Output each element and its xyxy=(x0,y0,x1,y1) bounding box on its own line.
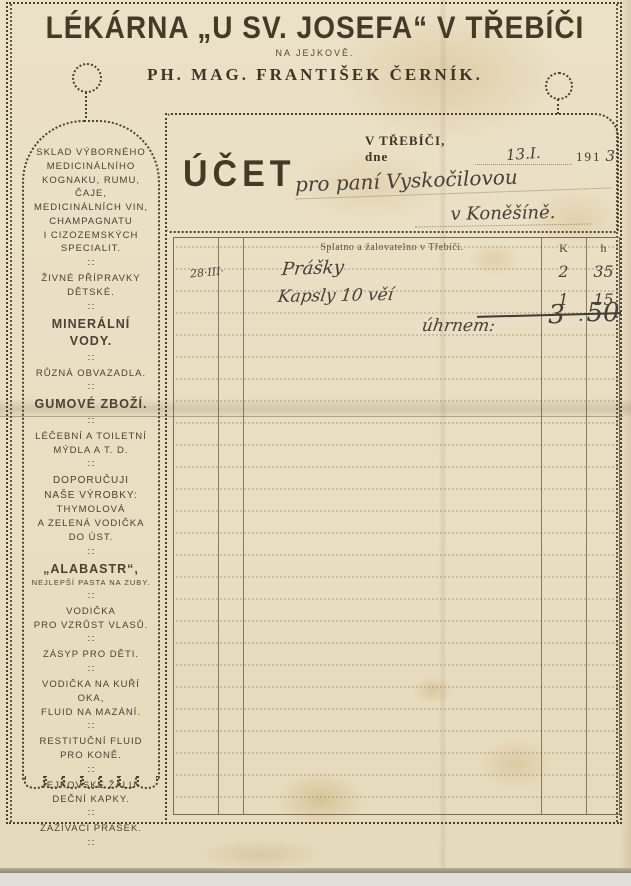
pharmacy-location: NA JEJKOVĚ. xyxy=(30,48,600,58)
pharmacy-name: LÉKÁRNA „U SV. JOSEFA“ V TŘEBÍČI xyxy=(30,10,600,46)
recipient-place-handwritten: v Koněšíně. xyxy=(415,201,591,227)
recipient-name-handwritten: pro paní Vyskočilovou xyxy=(295,161,612,199)
handwritten-date: 13.I. xyxy=(506,144,542,164)
separator-dots-icon: ∷ xyxy=(30,722,152,732)
entry-description-handwritten: Prášky xyxy=(281,257,345,280)
separator-dots-icon: ∷ xyxy=(30,354,152,364)
separator-dots-icon: ∷ xyxy=(30,259,152,269)
letterhead: LÉKÁRNA „U SV. JOSEFA“ V TŘEBÍČI NA JEJK… xyxy=(30,12,600,85)
entry-amount-korun: 2 xyxy=(541,262,586,281)
product-item: ŽIVNÉ PŘÍPRAVKY DĚTSKÉ. xyxy=(30,272,152,300)
product-item: LÉČEBNÍ A TOILETNÍ MÝDLA A T. D. xyxy=(30,430,152,458)
ornament-stem xyxy=(557,99,559,114)
product-item: VODIČKA PRO VZRŮST VLASŮ. xyxy=(30,605,152,633)
scanner-background xyxy=(0,873,631,886)
separator-dots-icon: ∷ xyxy=(30,383,152,393)
product-list-heading: DOPORUČUJI NAŠE VÝROBKY: xyxy=(30,473,152,503)
product-item: „ALABASTR“, xyxy=(30,561,152,579)
product-item: THYMOLOVÁ A ZELENÁ VODIČKA DO ÚST. xyxy=(30,503,152,544)
separator-dots-icon: ∷ xyxy=(30,839,152,849)
separator-dots-icon: ∷ xyxy=(30,460,152,470)
entry-date-handwritten: 28·III· xyxy=(189,265,224,281)
product-item: SKLAD VÝBORNÉHO MEDICINÁLNÍHO KOGNAKU, R… xyxy=(30,146,152,256)
invoice-header-panel: V TŘEBÍČI, dne 13.I. 191 3 ÚČET pro paní… xyxy=(167,113,619,233)
date-field: 13.I. xyxy=(475,145,572,165)
product-item: VODIČKA NA KUŘÍ OKA, FLUID NA MAZÁNÍ. xyxy=(30,678,152,719)
separator-dots-icon: ∷ xyxy=(30,592,152,602)
product-item: ZAŽÍVACÍ PRÁŠEK. xyxy=(30,822,152,836)
table-rule xyxy=(243,238,244,814)
total-korun-handwritten: 3 xyxy=(534,300,579,330)
separator-dots-icon: ∷ xyxy=(30,548,152,558)
entry-description-handwritten: Kapsly 10 věí xyxy=(277,285,395,307)
column-header-korun: K xyxy=(541,241,586,256)
product-item: GUMOVÉ ZBOŽÍ. xyxy=(30,396,152,414)
entry-amount-heller: 35 xyxy=(586,262,621,281)
column-header-heller: h xyxy=(586,241,621,256)
product-item: RESTITUČNÍ FLUID PRO KONĚ. xyxy=(30,735,152,763)
product-item: MINERÁLNÍ VODY. xyxy=(30,316,152,351)
separator-dots-icon: ∷ xyxy=(30,809,152,819)
scanned-invoice-document: LÉKÁRNA „U SV. JOSEFA“ V TŘEBÍČI NA JEJK… xyxy=(0,0,631,886)
product-item: NEJLEPŠÍ PASTA NA ZUBY. xyxy=(30,578,152,589)
table-rule xyxy=(218,238,219,814)
product-list-panel: SKLAD VÝBORNÉHO MEDICINÁLNÍHO KOGNAKU, R… xyxy=(22,120,160,780)
invoice-table: Splatno a žalovatelno v Třebíči. K h 28·… xyxy=(173,237,620,815)
total-heller-handwritten: 50 xyxy=(582,298,624,328)
ornament-stem xyxy=(85,92,87,118)
proprietor-name: PH. MAG. FRANTIŠEK ČERNÍK. xyxy=(30,65,600,85)
separator-dots-icon: ∷ xyxy=(30,417,152,427)
document-title: ÚČET xyxy=(183,153,296,195)
product-item: RŮZNÁ OBVAZADLA. xyxy=(30,367,152,381)
product-item: ZÁSYP PRO DĚTI. xyxy=(30,648,152,662)
scalloped-edge-ornament xyxy=(26,776,156,789)
place-date-label: V TŘEBÍČI, dne xyxy=(365,133,469,165)
stain xyxy=(195,838,325,870)
separator-dots-icon: ∷ xyxy=(30,766,152,776)
date-line: V TŘEBÍČI, dne 13.I. 191 3 xyxy=(365,133,617,165)
separator-dots-icon: ∷ xyxy=(30,665,152,675)
payment-terms-header: Splatno a žalovatelno v Třebíči. xyxy=(243,242,541,253)
total-label-handwritten: úhrnem: xyxy=(421,316,497,336)
separator-dots-icon: ∷ xyxy=(30,303,152,313)
separator-dots-icon: ∷ xyxy=(30,635,152,645)
